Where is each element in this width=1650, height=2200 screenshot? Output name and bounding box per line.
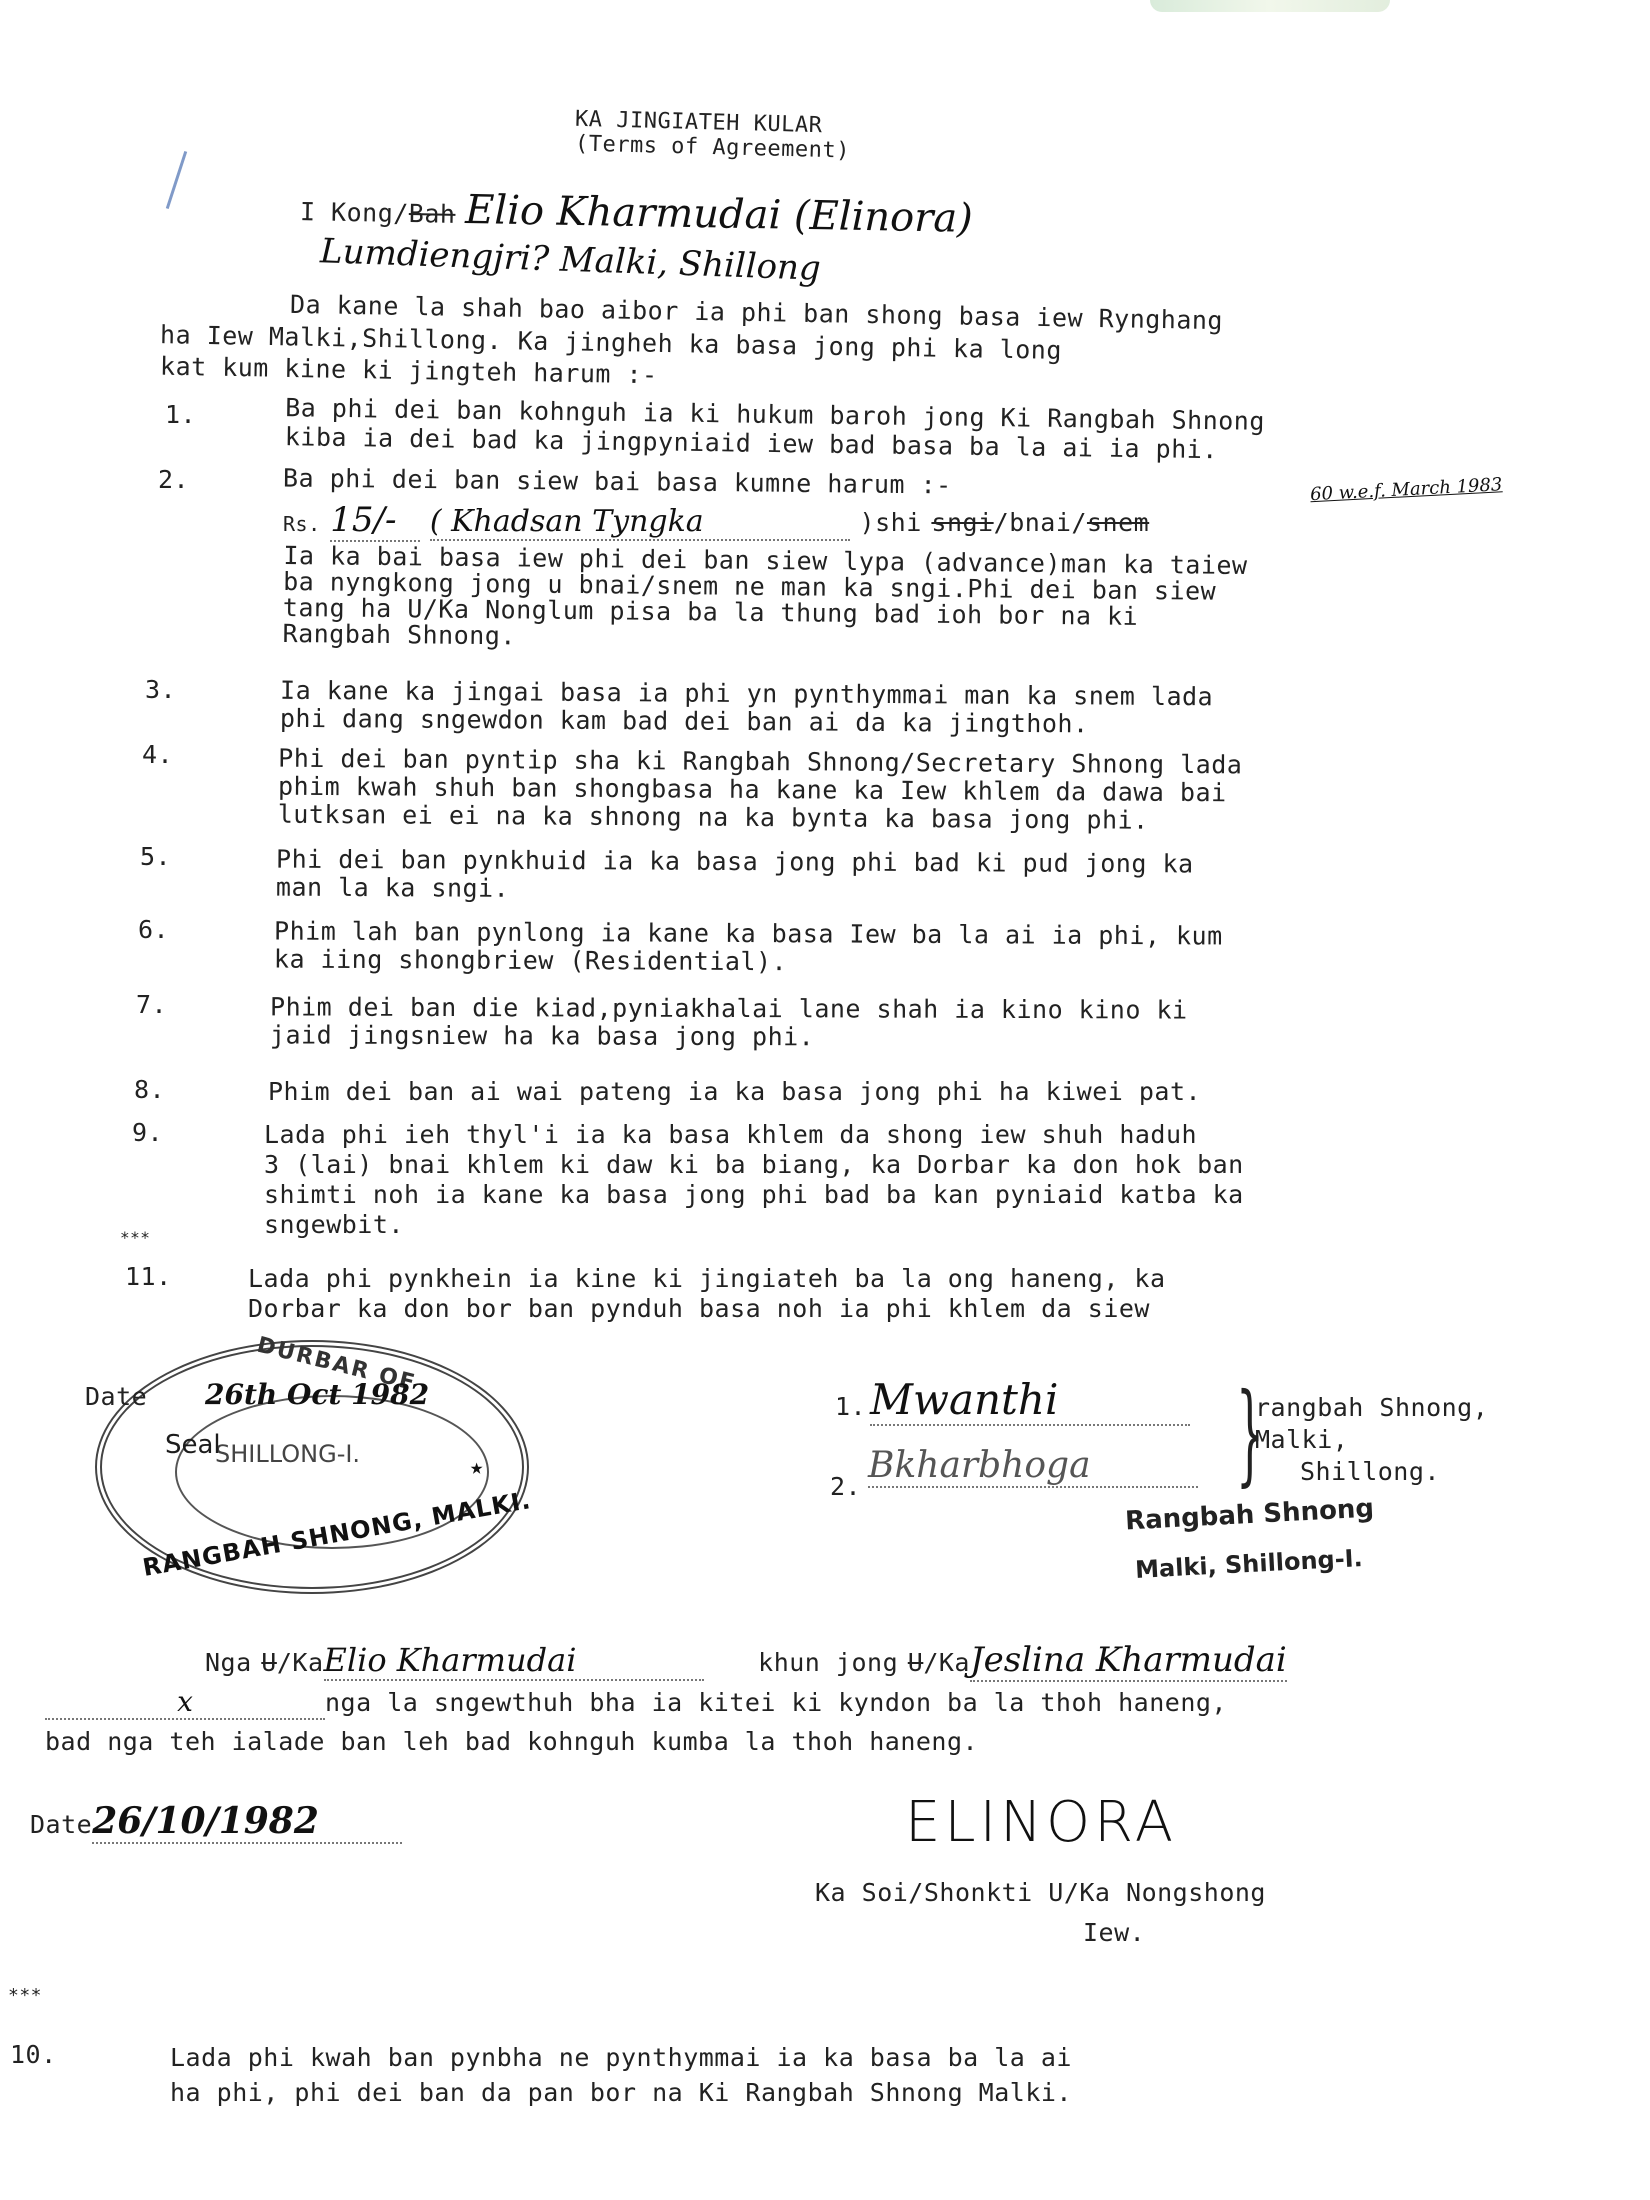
signatory-title-line: rangbah Shnong, xyxy=(1255,1392,1488,1424)
term-4: Phi dei ban pyntip sha ki Rangbah Shnong… xyxy=(278,745,1243,836)
term-9-number: 9. xyxy=(132,1118,163,1147)
term-5-number: 5. xyxy=(140,842,171,871)
declaration-line-2: xnga la sngewthuh bha ia kitei ki kyndon… xyxy=(45,1685,1227,1720)
addendum-line: Lada phi kwah ban pynbha ne pynthymmai i… xyxy=(170,2040,1072,2075)
declaration-filler: x xyxy=(45,1685,325,1720)
rubber-stamp-line-1: Rangbah Shnong xyxy=(1124,1494,1374,1537)
term-11: Lada phi pynkhein ia kine ki jingiateh b… xyxy=(248,1264,1166,1324)
seal-center-text: SHILLONG-I. xyxy=(215,1440,360,1468)
rent-annotation: 60 w.e.f. March 1983 xyxy=(1310,472,1551,506)
addressee-name: Elio Kharmudai (Elinora) xyxy=(465,187,973,242)
tenant-signature: ELINORA xyxy=(905,1790,1177,1855)
declaration-name: Elio Kharmudai xyxy=(324,1641,704,1681)
term-4-line: lutksan ei ei na ka shnong na ka bynta k… xyxy=(278,801,1242,836)
rent-suffix: )shi xyxy=(860,508,922,537)
declaration-khun-jong: khun jong xyxy=(758,1648,898,1677)
signatory-2-signature: Bkharbhoga xyxy=(868,1445,1198,1488)
addressee-struck-prefix: Bah xyxy=(409,199,456,229)
declaration-line-1: Nga U/KaElio Kharmudai khun jong U/KaJes… xyxy=(205,1640,1287,1682)
declaration-line-3: bad nga teh ialade ban leh bad kohnguh k… xyxy=(45,1727,978,1756)
addendum-number: 10. xyxy=(10,2040,57,2069)
declaration-ka: /Ka xyxy=(277,1648,324,1677)
term-9: Lada phi ieh thyl'i ia ka basa khlem da … xyxy=(264,1120,1244,1240)
star-icon: ★ xyxy=(470,1455,483,1480)
declaration-text: nga la sngewthuh bha ia kitei ki kyndon … xyxy=(325,1688,1227,1717)
term-2-line: Ba phi dei ban siew bai basa kumne harum… xyxy=(283,463,952,499)
term-1-number: 1. xyxy=(165,400,196,429)
declaration-ka-2: /Ka xyxy=(923,1648,970,1677)
rent-period-struck-1: sngi xyxy=(931,508,993,537)
asterisk-marker: *** xyxy=(120,1228,150,1247)
term-2-body: Ia ka bai basa iew phi dei ban siew lypa… xyxy=(282,543,1247,657)
seal-date-label: Date xyxy=(85,1382,147,1411)
addressee-address: Lumdiengjri? Malki, Shillong xyxy=(319,231,821,288)
addressee-prefix: I Kong/ xyxy=(300,197,409,228)
addendum-marker: *** xyxy=(8,1985,42,2006)
term-4-number: 4. xyxy=(142,740,173,769)
seal-label: Seal xyxy=(165,1430,221,1460)
term-9-line: Lada phi ieh thyl'i ia ka basa khlem da … xyxy=(264,1120,1244,1150)
signatory-1-number: 1. xyxy=(835,1392,866,1421)
term-7-line: jaid jingsniew ha ka basa jong phi. xyxy=(270,1021,1188,1052)
seal-date: 26th Oct 1982 xyxy=(205,1378,429,1411)
term-6-line: ka iing shongbriew (Residential). xyxy=(274,946,1223,979)
term-9-line: 3 (lai) bnai khlem ki daw ki ba biang, k… xyxy=(264,1150,1244,1180)
term-11-line: Dorbar ka don bor ban pynduh basa noh ia… xyxy=(248,1294,1166,1324)
rubber-stamp-line-2: Malki, Shillong-I. xyxy=(1134,1544,1363,1584)
declaration-parent: Jeslina Kharmudai xyxy=(970,1640,1287,1682)
footer-date: Date26/10/1982 xyxy=(30,1800,402,1844)
term-3-line: phi dang sngewdon kam bad dei ban ai da … xyxy=(280,705,1213,740)
rent-period: bnai xyxy=(1009,508,1071,537)
signer-title-2: Iew. xyxy=(1083,1918,1145,1947)
term-5-line: man la ka sngi. xyxy=(276,874,1194,907)
signatory-title-line: Shillong. xyxy=(1255,1456,1488,1488)
declaration-lead: Nga xyxy=(205,1648,252,1677)
rent-period-struck-2: snem xyxy=(1087,508,1149,537)
term-8-line: Phim dei ban ai wai pateng ia ka basa jo… xyxy=(268,1077,1201,1106)
ink-mark xyxy=(166,151,187,209)
signatory-title-line: Malki, xyxy=(1255,1424,1488,1456)
declaration-struck-u-2: U xyxy=(908,1648,924,1677)
addendum-text: Lada phi kwah ban pynbha ne pynthymmai i… xyxy=(170,2040,1072,2110)
term-7: Phim dei ban die kiad,pyniakhalai lane s… xyxy=(270,993,1188,1052)
term-6-number: 6. xyxy=(138,915,169,944)
signatory-2-number: 2. xyxy=(830,1472,861,1501)
term-11-line: Lada phi pynkhein ia kine ki jingiateh b… xyxy=(248,1264,1166,1294)
signer-title: Ka Soi/Shonkti U/Ka Nongshong xyxy=(815,1878,1266,1907)
term-11-number: 11. xyxy=(125,1262,172,1291)
declaration-struck-u: U xyxy=(261,1648,277,1677)
term-3: Ia kane ka jingai basa ia phi yn pynthym… xyxy=(280,677,1213,740)
rs-label: Rs. xyxy=(283,512,321,536)
term-9-line: sngewbit. xyxy=(264,1210,1244,1240)
term-3-number: 3. xyxy=(145,675,176,704)
rent-amount: 15/- xyxy=(330,500,420,542)
paper-stain xyxy=(1150,0,1390,12)
signatory-1-signature: Mwanthi xyxy=(870,1375,1190,1426)
footer-date-value: 26/10/1982 xyxy=(92,1800,402,1844)
term-1: Ba phi dei ban kohnguh ia ki hukum baroh… xyxy=(285,393,1265,465)
footer-date-label: Date xyxy=(30,1810,92,1839)
intro-line-3: kat kum kine ki jingteh harum :- xyxy=(160,352,658,390)
addendum-line: ha phi, phi dei ban da pan bor na Ki Ran… xyxy=(170,2075,1072,2110)
term-8-number: 8. xyxy=(134,1075,165,1104)
term-9-line: shimti noh ia kane ka basa jong phi bad … xyxy=(264,1180,1244,1210)
term-7-number: 7. xyxy=(136,990,167,1019)
signatory-title: rangbah Shnong, Malki, Shillong. xyxy=(1255,1392,1488,1488)
term-2-number: 2. xyxy=(158,465,189,494)
rent-line: Rs. 15/- ( Khadsan Tyngka )shi sngi/bnai… xyxy=(283,500,1149,542)
rent-amount-words: ( Khadsan Tyngka xyxy=(430,504,850,541)
term-6: Phim lah ban pynlong ia kane ka basa Iew… xyxy=(274,918,1223,979)
term-5: Phi dei ban pynkhuid ia ka basa jong phi… xyxy=(276,846,1194,907)
